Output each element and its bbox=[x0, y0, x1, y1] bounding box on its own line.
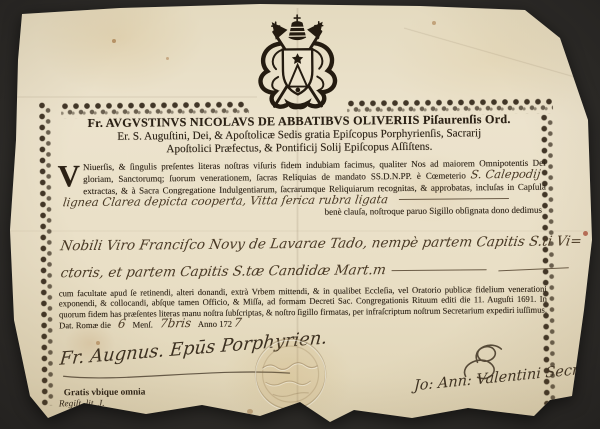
body-paragraph: VNiuerſis, & ſingulis preſentes literas … bbox=[58, 158, 547, 221]
document-title-block: Fr. AVGVSTINVS NICOLAVS DE ABBATIBVS OLI… bbox=[35, 111, 563, 157]
handwritten-day: 6 bbox=[117, 319, 126, 329]
document-content: Fr. AVGVSTINVS NICOLAVS DE ABBATIBVS OLI… bbox=[0, 0, 600, 429]
anno-label: Anno bbox=[198, 319, 217, 329]
closing-paragraph: cum facultate apud ſe retinendi, alteri … bbox=[59, 284, 547, 331]
papal-tiara-episcopal-crest-icon bbox=[250, 14, 345, 117]
coat-of-arms bbox=[250, 14, 345, 122]
month-label: Menſ. bbox=[132, 319, 152, 329]
handwritten-year-digit: 7 bbox=[233, 317, 242, 327]
handwritten-underline-flourish bbox=[399, 197, 509, 200]
regist-imprint-line: Regiſt. lit. J. bbox=[59, 399, 105, 409]
year-printed: 172 bbox=[219, 319, 232, 329]
document-paper: Fr. AVGVSTINVS NICOLAVS DE ABBATIBVS OLI… bbox=[0, 0, 600, 429]
blind-embossed-seal-icon bbox=[252, 334, 329, 420]
recipient-line-2: ctoris, et partem Capitis S.tæ Candidæ M… bbox=[59, 256, 555, 288]
handwritten-recipient-block: Nobili Viro Franciſco Novy de Lavarae Ta… bbox=[60, 229, 552, 288]
recipient-line-2-text: ctoris, et partem Capitis S.tæ Candidæ M… bbox=[59, 262, 387, 281]
handwritten-capsula-description: lignea Clarea depicta cooperta, Vitta ſe… bbox=[62, 194, 389, 208]
handwritten-underline-flourish bbox=[499, 266, 570, 271]
paper-shadow-wrap: Fr. AVGVSTINVS NICOLAVS DE ABBATIBVS OLI… bbox=[0, 0, 600, 429]
handwritten-underline-flourish bbox=[392, 268, 487, 271]
gratis-imprint-line: Gratis vbique omnia bbox=[64, 387, 146, 398]
photo-backdrop: Fr. AVGVSTINVS NICOLAVS DE ABBATIBVS OLI… bbox=[0, 0, 600, 429]
handwritten-month: 7bris bbox=[159, 318, 191, 328]
drop-cap: V bbox=[58, 162, 84, 187]
handwritten-cemetery-name: S. Calepodij bbox=[470, 169, 541, 181]
